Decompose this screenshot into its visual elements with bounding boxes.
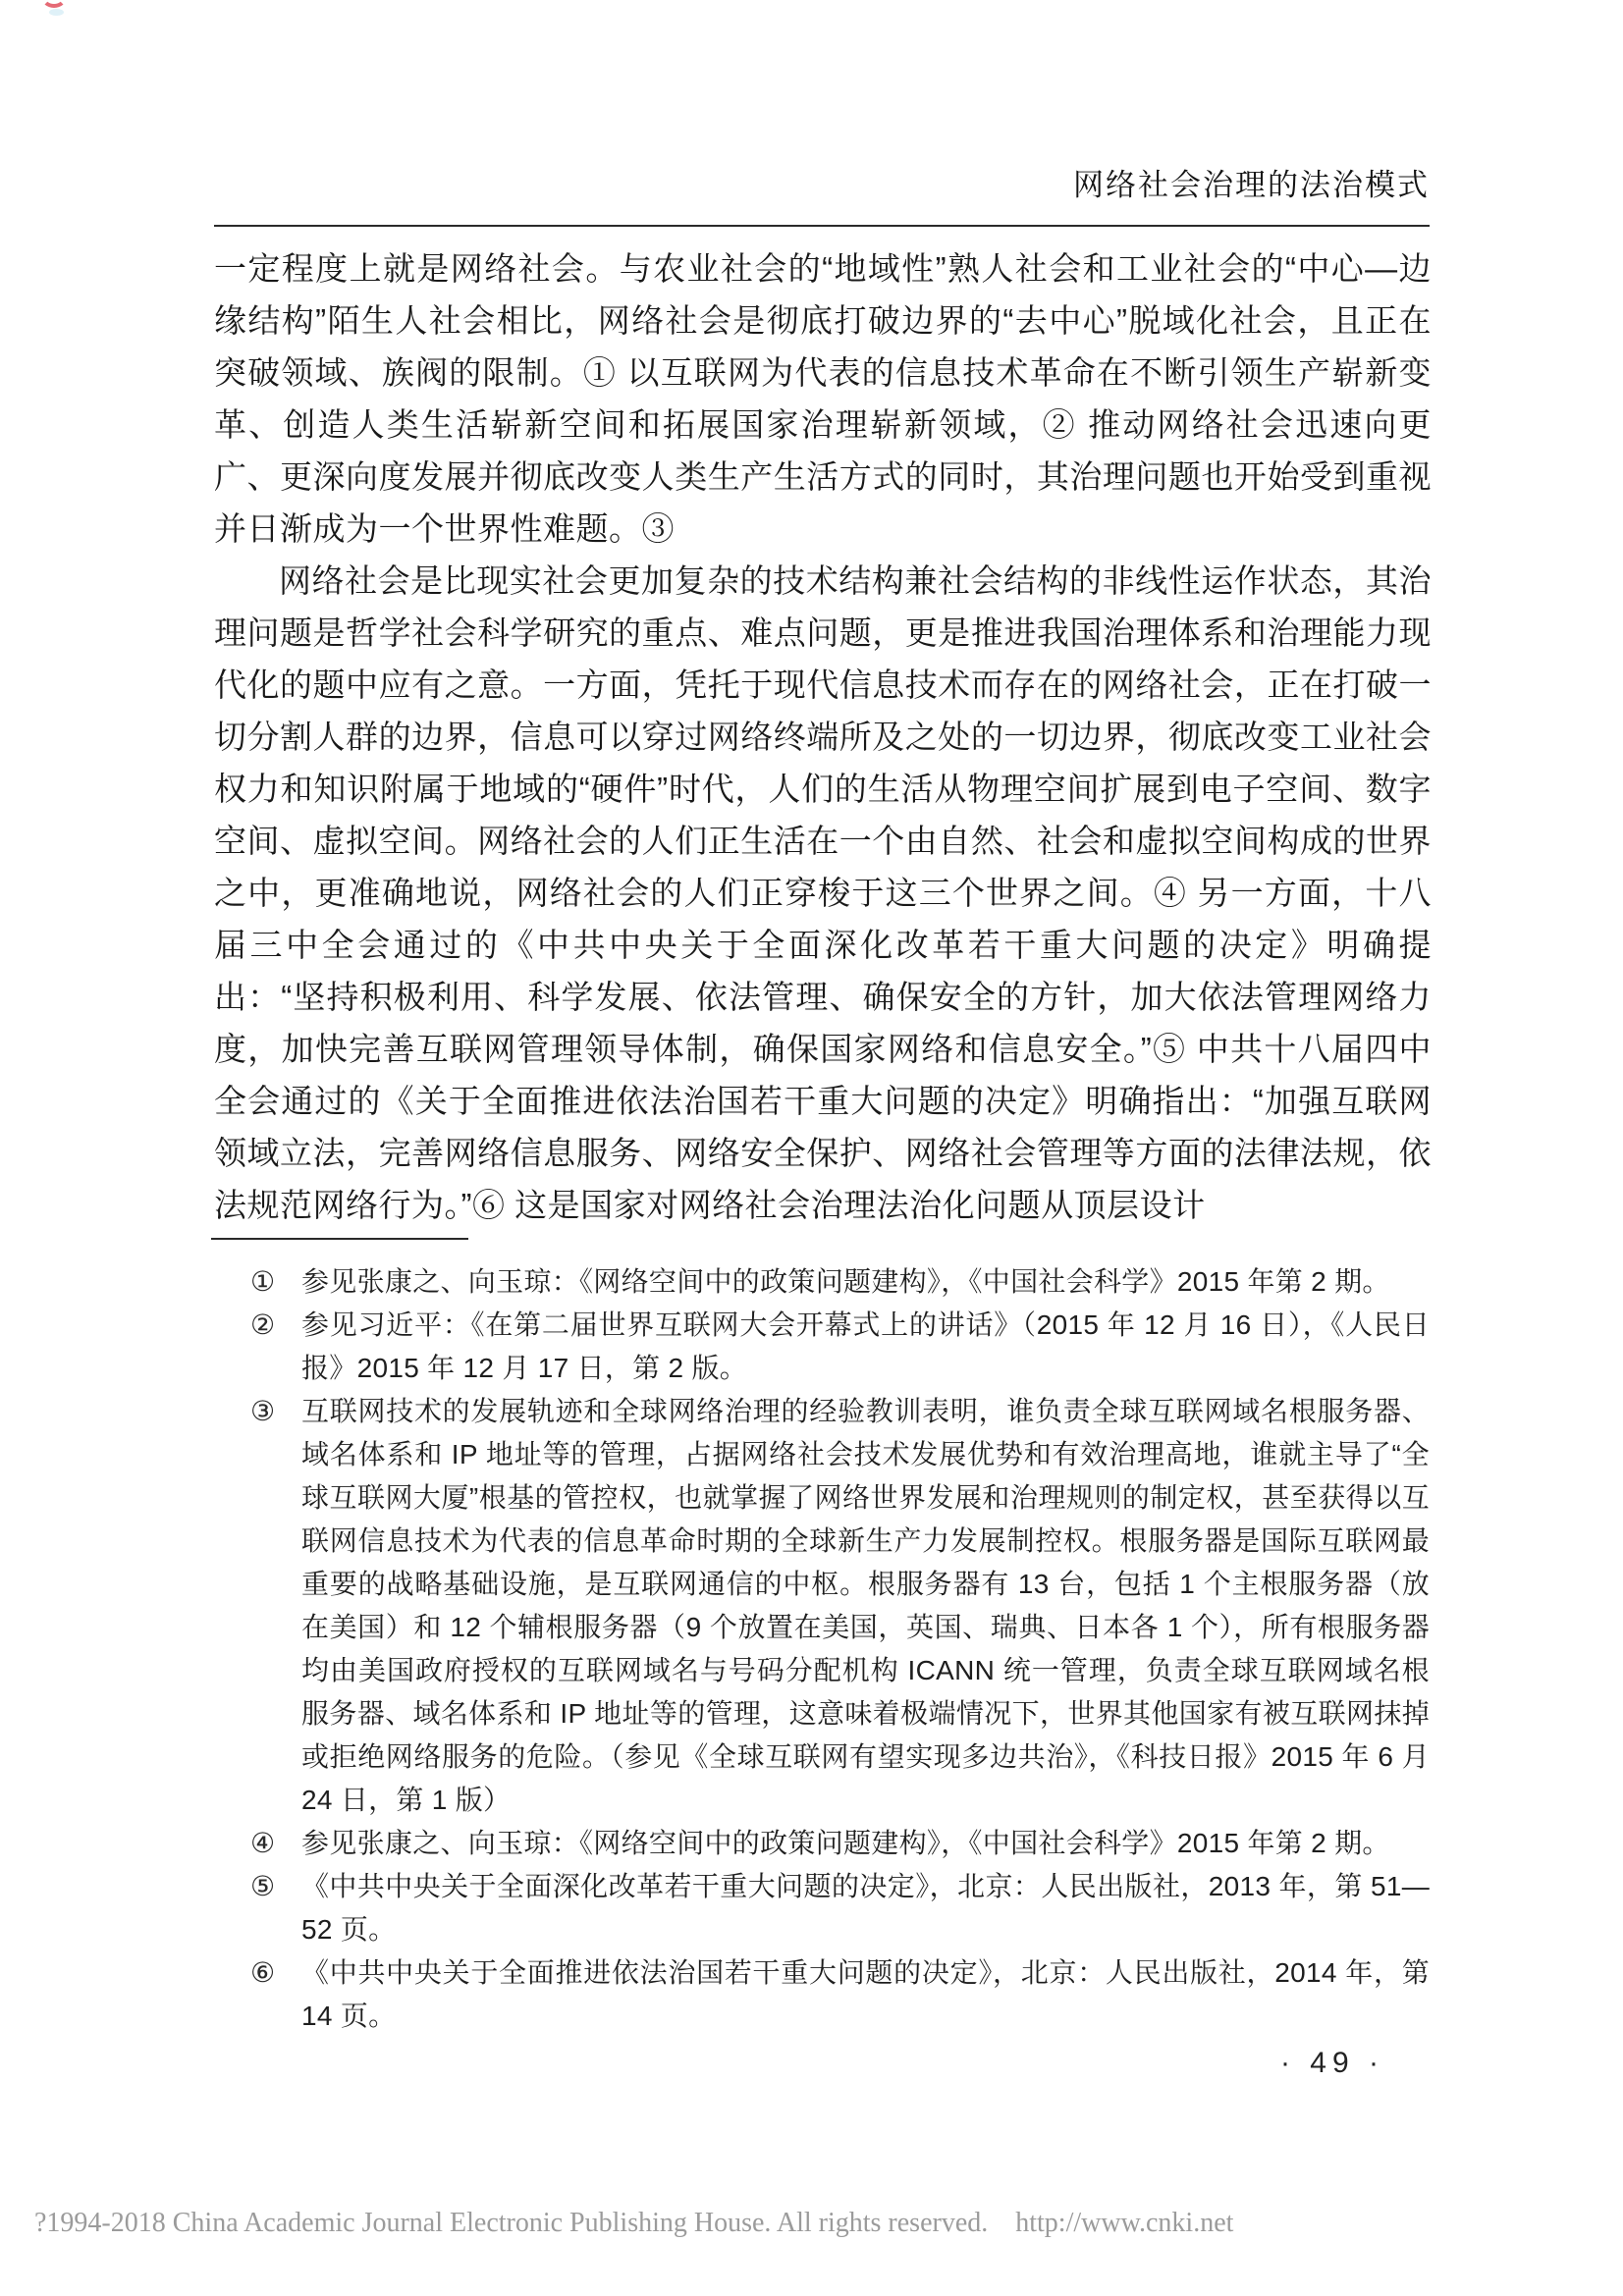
article-body: 一定程度上就是网络社会。与农业社会的“地域性”熟人社会和工业社会的“中心—边缘结… [214, 242, 1432, 1231]
footnote-separator-rule [211, 1238, 468, 1240]
footnote-marker: ① [250, 1260, 301, 1304]
footnote-marker: ② [250, 1304, 301, 1347]
red-pen-mark [41, 0, 67, 8]
footnote-6: ⑥ 《中共中央关于全面推进依法治国若干重大问题的决定》，北京：人民出版社，201… [250, 1951, 1430, 2038]
footnote-4: ④ 参见张康之、向玉琼：《网络空间中的政策问题建构》，《中国社会科学》2015 … [250, 1822, 1430, 1865]
footnote-1: ① 参见张康之、向玉琼：《网络空间中的政策问题建构》，《中国社会科学》2015 … [250, 1260, 1430, 1304]
blue-smudge-mark [49, 9, 64, 16]
footnote-text: 《中共中央关于全面推进依法治国若干重大问题的决定》，北京：人民出版社，2014 … [301, 1951, 1430, 2038]
footnotes-section: ① 参见张康之、向玉琼：《网络空间中的政策问题建构》，《中国社会科学》2015 … [250, 1260, 1430, 2038]
footnote-marker: ③ [250, 1390, 301, 1433]
footnote-2: ② 参见习近平：《在第二届世界互联网大会开幕式上的讲话》（2015 年 12 月… [250, 1304, 1430, 1390]
footnote-marker: ⑥ [250, 1951, 301, 1995]
page-number: · 49 · [1280, 2047, 1384, 2080]
header-rule [214, 225, 1430, 227]
body-paragraph-1: 一定程度上就是网络社会。与农业社会的“地域性”熟人社会和工业社会的“中心—边缘结… [214, 242, 1432, 555]
copyright-text: ?1994-2018 China Academic Journal Electr… [34, 2208, 988, 2238]
footnote-text: 《中共中央关于全面深化改革若干重大问题的决定》，北京：人民出版社，2013 年，… [301, 1865, 1430, 1951]
footnote-text: 参见张康之、向玉琼：《网络空间中的政策问题建构》，《中国社会科学》2015 年第… [301, 1260, 1430, 1304]
footer-url: http://www.cnki.net [1015, 2208, 1233, 2238]
footnote-marker: ⑤ [250, 1865, 301, 1908]
scanned-paper-page: 网络社会治理的法治模式 一定程度上就是网络社会。与农业社会的“地域性”熟人社会和… [0, 0, 1623, 2296]
footnote-text: 参见张康之、向玉琼：《网络空间中的政策问题建构》，《中国社会科学》2015 年第… [301, 1822, 1430, 1865]
footnote-3: ③ 互联网技术的发展轨迹和全球网络治理的经验教训表明，谁负责全球互联网域名根服务… [250, 1390, 1430, 1822]
footnote-marker: ④ [250, 1822, 301, 1865]
footnote-text: 互联网技术的发展轨迹和全球网络治理的经验教训表明，谁负责全球互联网域名根服务器、… [301, 1390, 1430, 1822]
footnote-5: ⑤ 《中共中央关于全面深化改革若干重大问题的决定》，北京：人民出版社，2013 … [250, 1865, 1430, 1951]
running-title: 网络社会治理的法治模式 [1073, 160, 1430, 204]
footnote-text: 参见习近平：《在第二届世界互联网大会开幕式上的讲话》（2015 年 12 月 1… [301, 1304, 1430, 1390]
copyright-footer: ?1994-2018 China Academic Journal Electr… [34, 2208, 1605, 2239]
body-paragraph-2: 网络社会是比现实社会更加复杂的技术结构兼社会结构的非线性运作状态，其治理问题是哲… [214, 555, 1432, 1231]
